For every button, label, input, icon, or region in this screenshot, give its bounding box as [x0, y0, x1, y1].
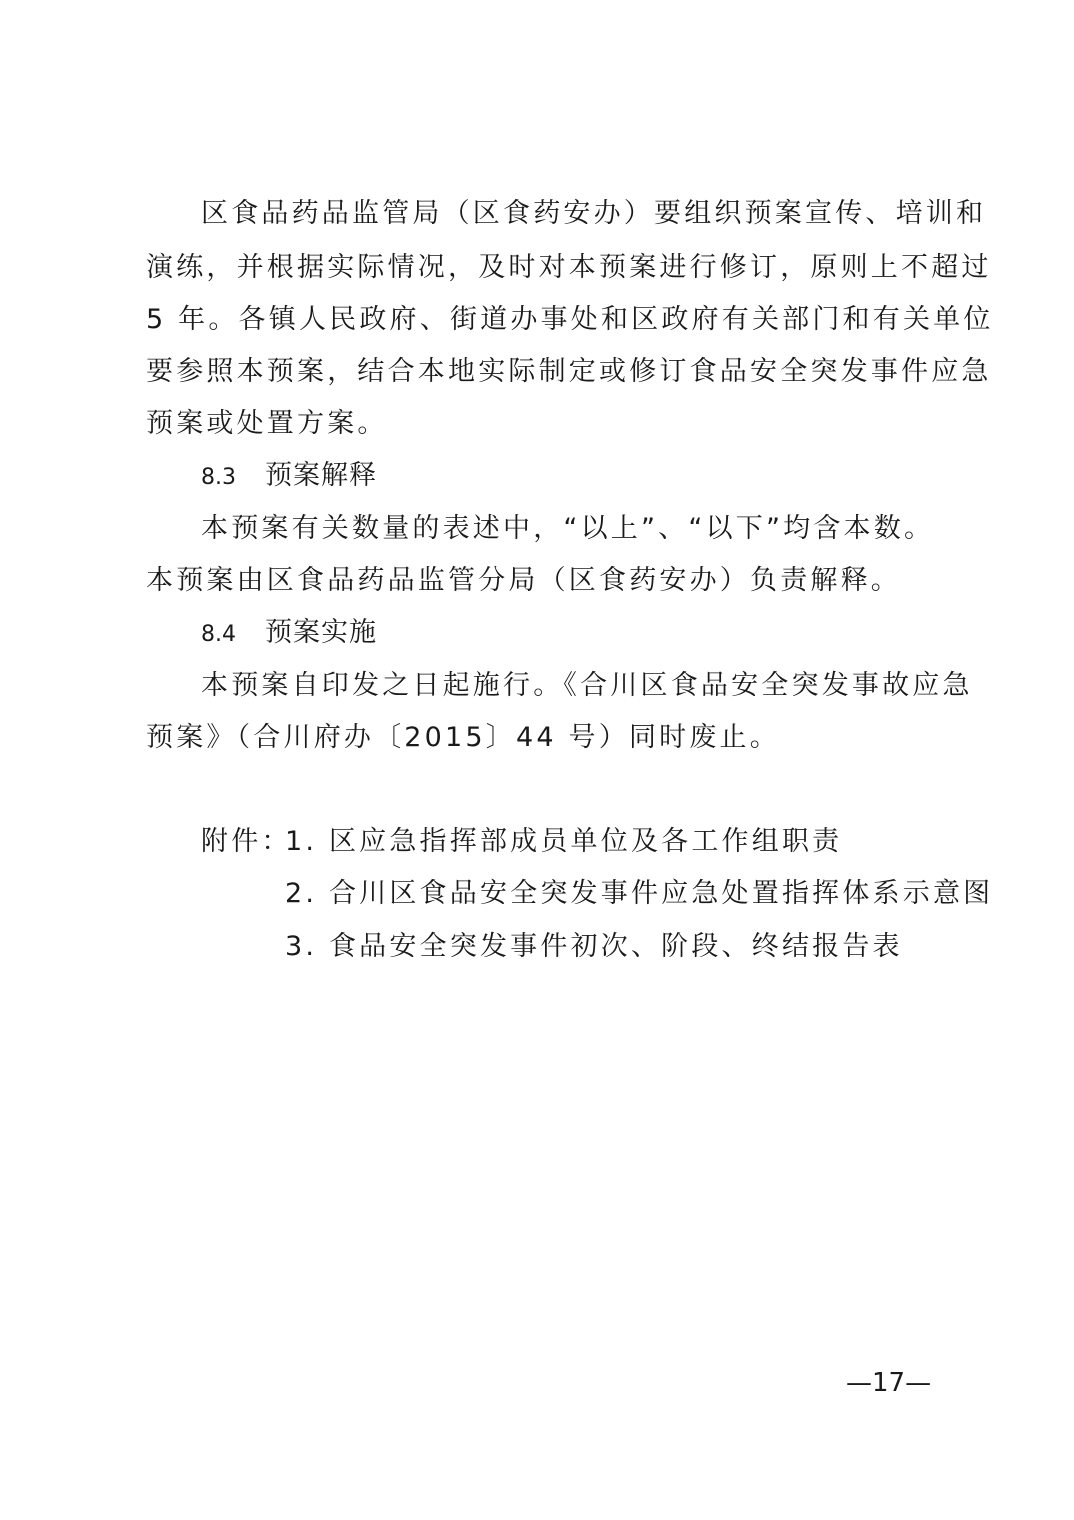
section-heading-8-3: 8.3预案解释 — [201, 458, 1001, 496]
section-title: 预案实施 — [265, 617, 377, 648]
section-title: 预案解释 — [265, 460, 377, 491]
paragraph-line: 要参照本预案，结合本地实际制定或修订食品安全突发事件应急 — [146, 354, 946, 390]
section-number: 8.3 — [201, 460, 265, 496]
paragraph-line: 预案》（合川府办〔2015〕44 号）同时废止。 — [146, 720, 946, 756]
section-number: 8.4 — [201, 617, 265, 653]
paragraph-line: 本预案有关数量的表述中，“以上”、“以下”均含本数。 — [201, 511, 1001, 547]
paragraph-line: 本预案由区食品药品监管分局（区食药安办）负责解释。 — [146, 563, 946, 599]
page-number: —17— — [846, 1367, 931, 1399]
attachment-item: 1. 区应急指挥部成员单位及各工作组职责 — [285, 824, 1074, 860]
document-page: 区食品药品监管局（区食药安办）要组织预案宣传、培训和 演练，并根据实际情况，及时… — [0, 0, 1074, 1520]
paragraph-line: 本预案自印发之日起施行。《合川区食品安全突发事故应急 — [201, 668, 1001, 704]
paragraph-line: 演练，并根据实际情况，及时对本预案进行修订，原则上不超过 — [146, 250, 946, 286]
paragraph-line: 预案或处置方案。 — [146, 406, 946, 442]
paragraph-line: 5 年。各镇人民政府、街道办事处和区政府有关部门和有关单位 — [146, 302, 946, 338]
attachment-item: 2. 合川区食品安全突发事件应急处置指挥体系示意图 — [285, 876, 1074, 912]
paragraph-line: 区食品药品监管局（区食药安办）要组织预案宣传、培训和 — [201, 196, 1001, 232]
attachment-item: 3. 食品安全突发事件初次、阶段、终结报告表 — [285, 929, 1074, 965]
section-heading-8-4: 8.4预案实施 — [201, 615, 1001, 653]
